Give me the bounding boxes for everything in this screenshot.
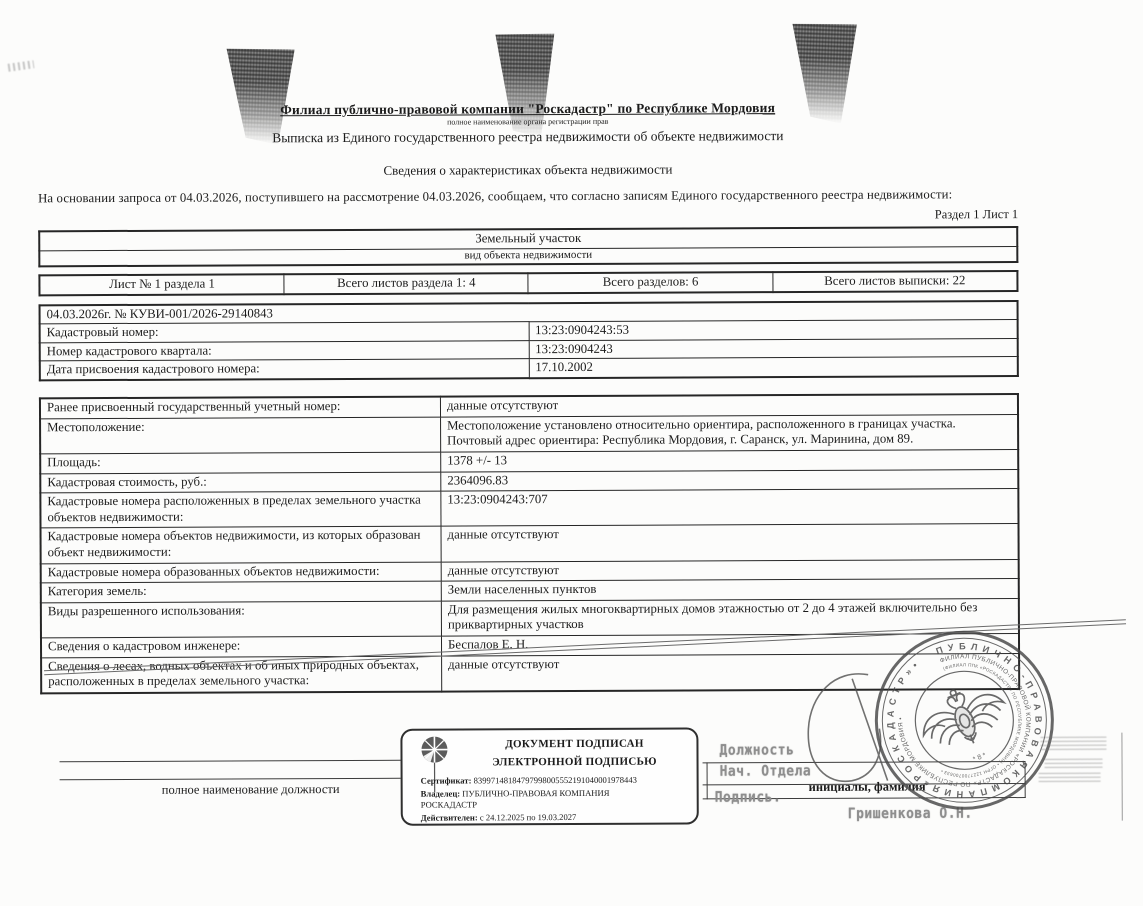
row-label: Дата присвоения кадастрового номера: (40, 359, 529, 380)
double-headed-eagle-icon (912, 674, 1014, 760)
total-sheets-section-cell: Всего листов раздела 1: 4 (284, 273, 528, 294)
scan-noise (1045, 756, 1103, 768)
request-basis-line: На основании запроса от 04.03.2026, пост… (38, 187, 1018, 206)
row-value: 13:23:0904243:53 (529, 320, 1018, 341)
total-sections-cell: Всего разделов: 6 (528, 272, 772, 293)
row-value: данные отсутствуют (441, 559, 1019, 581)
row-value: 2364096.83 (441, 469, 1019, 491)
row-value: 13:23:0904243 (529, 338, 1018, 359)
section-title: Сведения о характеристиках объекта недви… (38, 160, 1018, 180)
row-label: Категория земель: (41, 581, 442, 602)
row-value: Земли населенных пунктов (441, 579, 1019, 601)
section-sheet-label: Раздел 1 Лист 1 (38, 207, 1018, 226)
row-value: 1378 +/- 13 (441, 449, 1019, 471)
validity-label: Действителен: (421, 812, 478, 822)
signature-label: Подпись. (715, 789, 782, 806)
row-value: 13:23:0904243:707 (441, 489, 1019, 527)
total-sheets-extract-cell: Всего листов выписки: 22 (773, 271, 1018, 292)
object-type-table: Земельный участок вид объекта недвижимос… (38, 226, 1018, 267)
document-page: Филиал публично-правовой компании "Роска… (0, 0, 1143, 906)
esign-line1: ДОКУМЕНТ ПОДПИСАН (462, 738, 686, 751)
row-value: данные отсутствуют (441, 524, 1019, 562)
row-label: Кадастровые номера расположенных в преде… (40, 491, 441, 528)
row-value: Местоположение установлено относительно … (441, 414, 1019, 452)
signature-line (60, 778, 401, 780)
sheet-number-cell: Лист № 1 раздела 1 (39, 274, 284, 295)
row-label: Кадастровая стоимость, руб.: (40, 472, 441, 493)
roskadastr-logo-icon (418, 735, 450, 797)
row-label: Ранее присвоенный государственный учетны… (40, 397, 441, 419)
signature-line-vertical (707, 762, 708, 799)
object-type-caption: вид объекта недвижимости (39, 246, 1017, 266)
row-label: Виды разрешенного использования: (41, 601, 442, 638)
certificate-value: 83997148184797998005552191040001978443 (474, 775, 637, 786)
signature-line (60, 760, 401, 762)
row-label: Местоположение: (40, 417, 441, 454)
sheets-summary-table: Лист № 1 раздела 1 Всего листов раздела … (38, 270, 1018, 296)
owner-label: Владелец: (421, 788, 461, 798)
document-title: Выписка из Единого государственного реес… (38, 127, 1018, 147)
row-label: Кадастровые номера образованных объектов… (41, 562, 442, 583)
position-label: Должность (719, 742, 794, 759)
cadastral-number-table: 04.03.2026г. № КУВИ-001/2026-29140843 Ка… (39, 300, 1019, 382)
esignature-stamp: ДОКУМЕНТ ПОДПИСАН ЭЛЕКТРОННОЙ ПОДПИСЬЮ С… (400, 727, 698, 825)
certificate-label: Сертификат: (421, 775, 472, 785)
scan-noise (1121, 733, 1122, 821)
round-seal-stamp: П У Б Л И Ч Н О - П Р А В О В А Я К О М … (864, 620, 1065, 821)
row-label: Кадастровые номера объектов недвижимости… (41, 526, 442, 563)
row-label: Площадь: (40, 452, 441, 473)
row-label: Кадастровый номер: (40, 322, 529, 343)
scan-noise (1040, 736, 1106, 750)
position-name-caption: полное наименование должности (131, 782, 371, 798)
row-value: 17.10.2002 (529, 357, 1018, 378)
scan-noise (1039, 772, 1101, 782)
stamp-center-mark: * 8 * (972, 752, 987, 764)
esign-line2: ЭЛЕКТРОННОЙ ПОДПИСЬЮ (463, 756, 687, 769)
row-value: данные отсутствуют (440, 394, 1018, 417)
document-content: Филиал публично-правовой компании "Роска… (38, 99, 1021, 694)
validity-value: с 24.12.2025 по 19.03.2027 (480, 812, 577, 822)
row-label: Номер кадастрового квартала: (40, 341, 529, 362)
